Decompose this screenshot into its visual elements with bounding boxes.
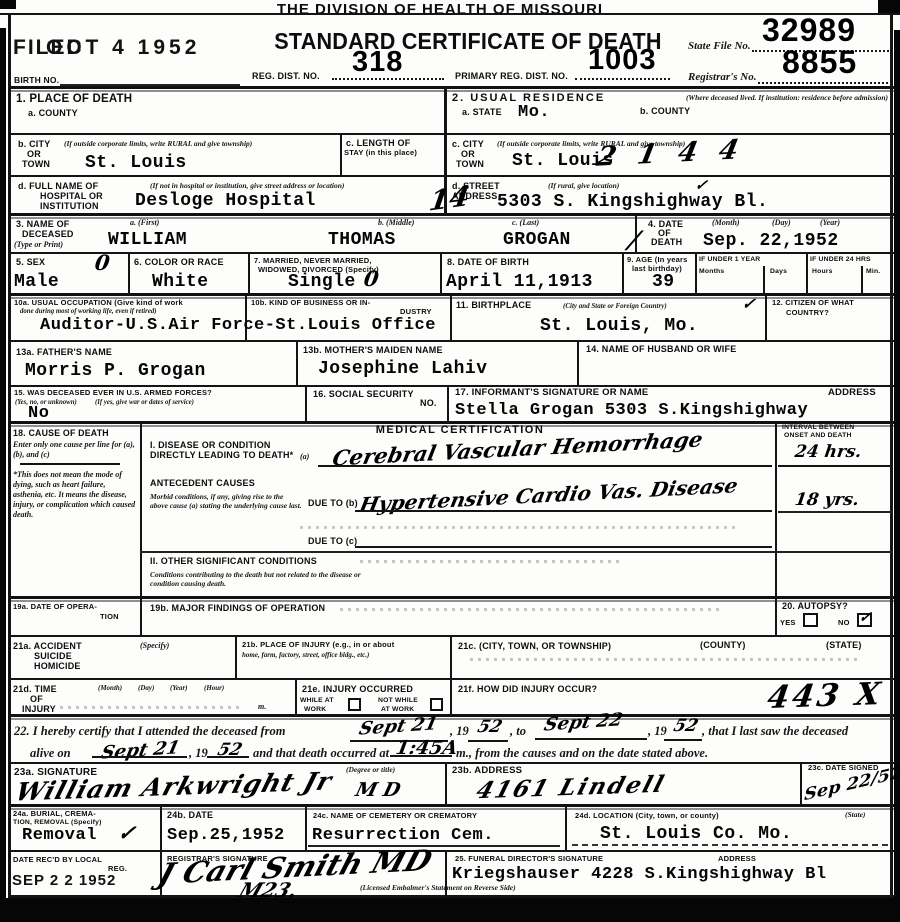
residence-state-value: Mo.	[518, 103, 550, 122]
registrar-no-label: Registrar's No.	[688, 71, 756, 85]
last-name: GROGAN	[503, 230, 571, 250]
certify-line	[92, 756, 187, 758]
other-conditions-note: Conditions contributing to the death but…	[150, 570, 375, 589]
burial-label-1: 24a. BURIAL, CREMA-	[13, 810, 96, 819]
section-rule	[140, 551, 893, 553]
armed-forces-label: 15. WAS DECEASED EVER IN U.S. ARMED FORC…	[14, 389, 212, 398]
reg-dist-label: REG. DIST. NO.	[252, 71, 320, 81]
major-findings-label: 19b. MAJOR FINDINGS OF OPERATION	[150, 603, 325, 613]
rule	[8, 385, 894, 387]
date-received-label-1: DATE REC'D BY LOCAL	[13, 856, 102, 865]
residence-county-label: b. COUNTY	[640, 106, 690, 116]
certify-line	[207, 756, 249, 758]
rule	[8, 252, 894, 254]
scan-noise	[60, 706, 240, 709]
days-label: Days	[770, 268, 787, 276]
divider	[775, 423, 777, 598]
how-injury-handwriting: 443 X	[765, 676, 885, 716]
divider	[235, 635, 237, 678]
not-while-at-work-checkbox[interactable]	[430, 698, 443, 711]
first-label: a. (First)	[130, 218, 159, 228]
marital-value: Single	[288, 272, 356, 292]
disease-a-tag: (a)	[300, 452, 309, 462]
occupation-value: Auditor-U.S.Air Force-St.Louis Office	[40, 316, 436, 335]
burial-hand-mark: ✓	[116, 820, 137, 845]
first-name: WILLIAM	[108, 230, 187, 250]
residence-note: (Where deceased lived. If institution: r…	[610, 93, 888, 102]
certify-text-1: 22. I hereby certify that I attended the…	[14, 724, 285, 740]
injury-state-label: (STATE)	[826, 640, 862, 650]
cemetery-value: Resurrection Cem.	[312, 826, 494, 845]
address-23b-handwriting: 4161 Lindell	[473, 771, 669, 804]
middle-label: b. (Middle)	[378, 218, 414, 228]
while-at-work-label-2: WORK	[304, 706, 326, 714]
informant-label: 17. INFORMANT'S SIGNATURE OR NAME	[455, 388, 648, 399]
state-file-label: State File No.	[688, 40, 751, 54]
cause-a-line	[318, 465, 772, 467]
father-value: Morris P. Grogan	[25, 361, 206, 381]
mother-label: 13b. MOTHER'S MAIDEN NAME	[303, 345, 443, 355]
registrar-no-line	[758, 82, 892, 84]
primary-reg-label: PRIMARY REG. DIST. NO.	[455, 71, 568, 81]
division-title: THE DIVISION OF HEALTH OF MISSOURI	[180, 1, 700, 18]
accident-label-1: 21a. ACCIDENT	[13, 641, 82, 651]
divider	[806, 252, 808, 295]
scan-edge-left	[0, 28, 6, 898]
scan-edge-bottom	[0, 898, 900, 922]
funeral-director-value: Kriegshauser 4228 S.Kingshighway Bl	[452, 865, 827, 884]
divider	[800, 762, 802, 806]
primary-reg-line	[575, 78, 670, 80]
certify-hand-year-1: 52	[475, 717, 504, 737]
birth-no-label: BIRTH NO.	[14, 76, 59, 86]
certify-line	[664, 739, 702, 741]
injury-day-label: (Day)	[138, 684, 154, 693]
certify-line	[390, 755, 452, 757]
while-at-work-label-1: WHILE AT	[300, 697, 334, 705]
business-label-1: 10b. KIND OF BUSINESS OR IN-	[251, 299, 370, 308]
divider	[296, 340, 298, 385]
dod-value: Sep. 22,1952	[703, 231, 839, 251]
rule	[8, 133, 894, 135]
divider	[450, 295, 452, 340]
injury-occurred-label: 21e. INJURY OCCURRED	[302, 684, 413, 694]
certify-line	[468, 740, 508, 742]
form-border-left	[8, 13, 11, 898]
certify-text-6: alive on	[30, 746, 71, 762]
race-label: 6. COLOR OR RACE	[134, 257, 224, 267]
hospital-label-3: INSTITUTION	[40, 201, 99, 211]
burial-location-value: St. Louis Co. Mo.	[600, 824, 792, 844]
armed-forces-note-2: (If yes, give war or dates of service)	[95, 399, 194, 407]
divider	[622, 252, 624, 295]
street-note: (If rural, give location)	[548, 181, 619, 190]
funeral-director-address-label: ADDRESS	[718, 855, 756, 864]
dob-value: April 11,1913	[446, 272, 593, 292]
certify-text-5: , that I last saw the deceased	[702, 724, 848, 740]
cause-of-death-label: 18. CAUSE OF DEATH	[13, 428, 109, 438]
due-to-c-label: DUE TO (c)	[308, 536, 357, 546]
hospital-value: Desloge Hospital	[135, 191, 316, 211]
name-label-3: (Type or Print)	[14, 240, 63, 250]
not-while-at-work-label-1: NOT WHILE	[378, 697, 418, 705]
length-of-stay-label-2: STAY (in this place)	[344, 149, 417, 158]
last-label: c. (Last)	[512, 218, 539, 228]
sex-value: Male	[14, 272, 59, 292]
injury-county-label: (COUNTY)	[700, 640, 746, 650]
autopsy-no-label: NO	[838, 619, 850, 628]
city-note: (If outside corporate limits, write RURA…	[64, 139, 332, 148]
divider	[861, 266, 863, 295]
business-label-2: DUSTRY	[400, 308, 432, 317]
divider	[440, 252, 442, 295]
certify-hand-year-2: 52	[671, 716, 700, 736]
rule	[8, 804, 894, 810]
street-value: 5303 S. Kingshighway Bl.	[497, 192, 768, 212]
armed-forces-value: No	[28, 404, 49, 423]
place-of-injury-label-2: home, farm, factory, street, office bldg…	[242, 651, 369, 660]
disease-label-1: I. DISEASE OR CONDITION	[150, 440, 271, 450]
rule	[8, 762, 894, 764]
certify-text-7: , 19	[189, 746, 208, 762]
injury-hour-label: (Hour)	[204, 684, 224, 693]
divider	[695, 252, 697, 295]
primary-reg-value: 1003	[588, 44, 657, 77]
divider	[140, 598, 142, 635]
divider	[763, 266, 765, 295]
rule	[8, 86, 894, 92]
due-to-b-label: DUE TO (b)	[308, 498, 358, 508]
city-or: OR	[27, 149, 41, 159]
scan-noise	[340, 608, 720, 611]
divider	[450, 678, 452, 716]
dob-label: 8. DATE OF BIRTH	[447, 257, 529, 267]
autopsy-label: 20. AUTOPSY?	[782, 601, 848, 611]
operation-date-label-1: 19a. DATE OF OPERA-	[13, 603, 97, 612]
city-town: TOWN	[22, 159, 50, 169]
burial-date-label: 24b. DATE	[167, 810, 213, 820]
cause-b-line	[355, 510, 772, 512]
autopsy-no-checkmark: ✓	[858, 608, 873, 626]
certify-hand-to-date: Sept 22	[542, 709, 625, 735]
injury-month-label: (Month)	[98, 684, 122, 693]
divider	[565, 806, 567, 850]
months-label: Months	[699, 268, 724, 276]
birthplace-label: 11. BIRTHPLACE	[456, 300, 531, 310]
hospital-note: (If not in hospital or institution, give…	[150, 181, 442, 190]
if-under-1-year-label: IF UNDER 1 YEAR	[699, 256, 760, 264]
injury-year-label: (Year)	[170, 684, 188, 693]
burial-location-line	[572, 844, 888, 846]
informant-address-label: ADDRESS	[828, 388, 876, 399]
res-city-handwriting: 2 1 4 4	[594, 134, 747, 173]
sex-label: 5. SEX	[16, 257, 45, 267]
burial-location-label: 24d. LOCATION (City, town, or county)	[575, 812, 719, 821]
interval-header-2: ONSET AND DEATH	[784, 432, 852, 440]
certify-text-9: m., from the causes and on the date stat…	[456, 746, 708, 762]
rule	[8, 175, 894, 177]
divider	[577, 340, 579, 385]
divider	[775, 598, 777, 635]
min-label: Min.	[866, 268, 880, 276]
time-of-injury-label-1: 21d. TIME	[13, 684, 57, 694]
certify-text-3: , to	[510, 724, 526, 740]
rule	[8, 850, 894, 852]
city-label: b. CITY	[18, 139, 50, 149]
cause-note-1: Enter only one cause per line for (a), (…	[13, 440, 135, 460]
place-of-injury-label-1: 21b. PLACE OF INJURY (e.g., in or about	[242, 641, 394, 650]
accident-label-3: HOMICIDE	[34, 661, 81, 671]
certify-hand-alive-date: Sept 21	[99, 737, 182, 763]
embalmer-footer-note: (Licensed Embalmer's Statement on Revers…	[360, 883, 516, 892]
hospital-label-1: d. FULL NAME OF	[18, 181, 98, 191]
autopsy-yes-checkbox[interactable]	[803, 613, 818, 627]
injury-city-label: 21c. (CITY, TOWN, OR TOWNSHIP)	[458, 641, 611, 651]
scan-speck-top-left	[0, 0, 16, 9]
race-value: White	[152, 272, 209, 292]
place-of-death-title: 1. PLACE OF DEATH	[16, 93, 132, 106]
res-city-label: c. CITY	[452, 139, 484, 149]
divider	[160, 806, 162, 850]
reg-dist-value: 318	[352, 46, 403, 79]
accident-specify-note: (Specify)	[140, 641, 169, 651]
time-of-injury-label-3: INJURY	[22, 704, 56, 714]
degree-handwriting: M D	[353, 779, 403, 801]
street-handwriting-14: 14	[427, 179, 472, 217]
father-label: 13a. FATHER'S NAME	[16, 347, 112, 357]
occupation-label-1: 10a. USUAL OCCUPATION (Give kind of work	[14, 299, 183, 308]
hospital-label-2: HOSPITAL OR	[40, 191, 103, 201]
autopsy-yes-label: YES	[780, 619, 796, 628]
res-city-town: TOWN	[456, 159, 484, 169]
length-of-stay-label-1: c. LENGTH OF	[346, 138, 410, 148]
birthplace-checkmark: ✓	[741, 294, 757, 313]
time-of-injury-label-2: OF	[30, 694, 43, 704]
divider	[450, 635, 452, 678]
burial-value: Removal	[22, 826, 97, 845]
birthplace-value: St. Louis, Mo.	[540, 316, 698, 336]
divider	[128, 252, 130, 295]
dod-year-label: (Year)	[820, 218, 840, 228]
hours-label: Hours	[812, 268, 833, 276]
scan-noise	[360, 560, 620, 563]
citizen-label-1: 12. CITIZEN OF WHAT	[772, 299, 854, 308]
name-label-1: 3. NAME OF	[16, 219, 70, 229]
marital-hand-mark: 0	[362, 266, 380, 291]
residence-state-label: a. STATE	[462, 107, 502, 117]
name-label-2: DECEASED	[22, 229, 74, 239]
date-of-death-mark: /	[625, 225, 644, 254]
interval-a-line	[778, 465, 891, 467]
divider	[295, 678, 297, 716]
registrar-no-value: 8855	[782, 44, 857, 81]
birthplace-note: (City and State or Foreign Country)	[563, 302, 667, 311]
morbid-note: Morbid conditions, if any, giving rise t…	[150, 492, 302, 511]
middle-name: THOMAS	[328, 230, 396, 250]
divider	[305, 806, 307, 850]
certify-text-4: , 19	[648, 724, 667, 740]
injury-m-label: m.	[258, 702, 266, 712]
interval-b-handwriting: 18 yrs.	[794, 490, 861, 510]
antecedent-label: ANTECEDENT CAUSES	[150, 478, 255, 488]
degree-or-title-label: (Degree or title)	[346, 765, 395, 774]
sex-hand-mark: 0	[93, 250, 111, 275]
dod-label-3: DEATH	[651, 237, 682, 247]
scan-noise	[470, 658, 860, 661]
cemetery-label: 24c. NAME OF CEMETERY OR CREMATORY	[313, 812, 477, 821]
divider	[445, 762, 447, 806]
informant-value: Stella Grogan 5303 S.Kingshighway	[455, 401, 808, 420]
disease-label-2: DIRECTLY LEADING TO DEATH*	[150, 450, 293, 460]
ssn-label-1: 16. SOCIAL SECURITY	[313, 389, 414, 399]
res-city-or: OR	[461, 149, 475, 159]
divider	[140, 423, 142, 598]
divider	[305, 385, 307, 423]
other-conditions-label: II. OTHER SIGNIFICANT CONDITIONS	[150, 556, 317, 566]
rule	[8, 895, 894, 898]
place-county-label: a. COUNTY	[28, 108, 78, 118]
spouse-label: 14. NAME OF HUSBAND OR WIFE	[586, 344, 736, 354]
city-value: St. Louis	[85, 153, 187, 173]
burial-location-state-label: (State)	[845, 810, 865, 819]
how-injury-occurred-label: 21f. HOW DID INJURY OCCUR?	[458, 684, 597, 694]
age-value: 39	[652, 272, 675, 292]
scan-noise	[300, 526, 740, 529]
divider	[765, 295, 767, 340]
date-received-stamp: SEP 2 2 1952	[12, 872, 116, 889]
reg-dist-line	[332, 78, 444, 80]
mother-value: Josephine Lahiv	[318, 359, 488, 379]
dod-month-label: (Month)	[712, 218, 740, 228]
citizen-label-2: COUNTRY?	[786, 309, 829, 318]
divider	[447, 385, 449, 423]
dod-day-label: (Day)	[772, 218, 791, 228]
filed-stamp-date: OCT 4 1952	[46, 36, 200, 60]
burial-date-value: Sep.25,1952	[167, 826, 285, 845]
funeral-director-label: 25. FUNERAL DIRECTOR'S SIGNATURE	[455, 855, 603, 864]
cause-c-line	[355, 546, 772, 548]
while-at-work-checkbox[interactable]	[348, 698, 361, 711]
divider	[248, 252, 250, 295]
interval-b-line	[778, 511, 891, 513]
if-under-24-hrs-label: IF UNDER 24 HRS	[810, 256, 871, 264]
ssn-label-2: NO.	[420, 398, 437, 408]
scan-speck-top-right	[878, 0, 900, 14]
certify-text-8: and that death occurred at	[253, 746, 389, 762]
certify-line	[535, 738, 647, 740]
not-while-at-work-label-2: AT WORK	[381, 706, 414, 714]
registrar-signature-flourish: M23.	[236, 878, 302, 902]
certify-hand-from-date: Sept 21	[357, 713, 440, 739]
rule	[8, 340, 894, 342]
cause-note-2: *This does not mean the mode of dying, s…	[13, 470, 137, 520]
cause-note-rule	[20, 463, 120, 465]
divider	[340, 133, 342, 175]
interval-header-1: INTERVAL BETWEEN	[782, 424, 854, 432]
accident-label-2: SUICIDE	[34, 651, 72, 661]
operation-date-label-2: TION	[100, 613, 119, 622]
interval-a-handwriting: 24 hrs.	[794, 442, 863, 462]
